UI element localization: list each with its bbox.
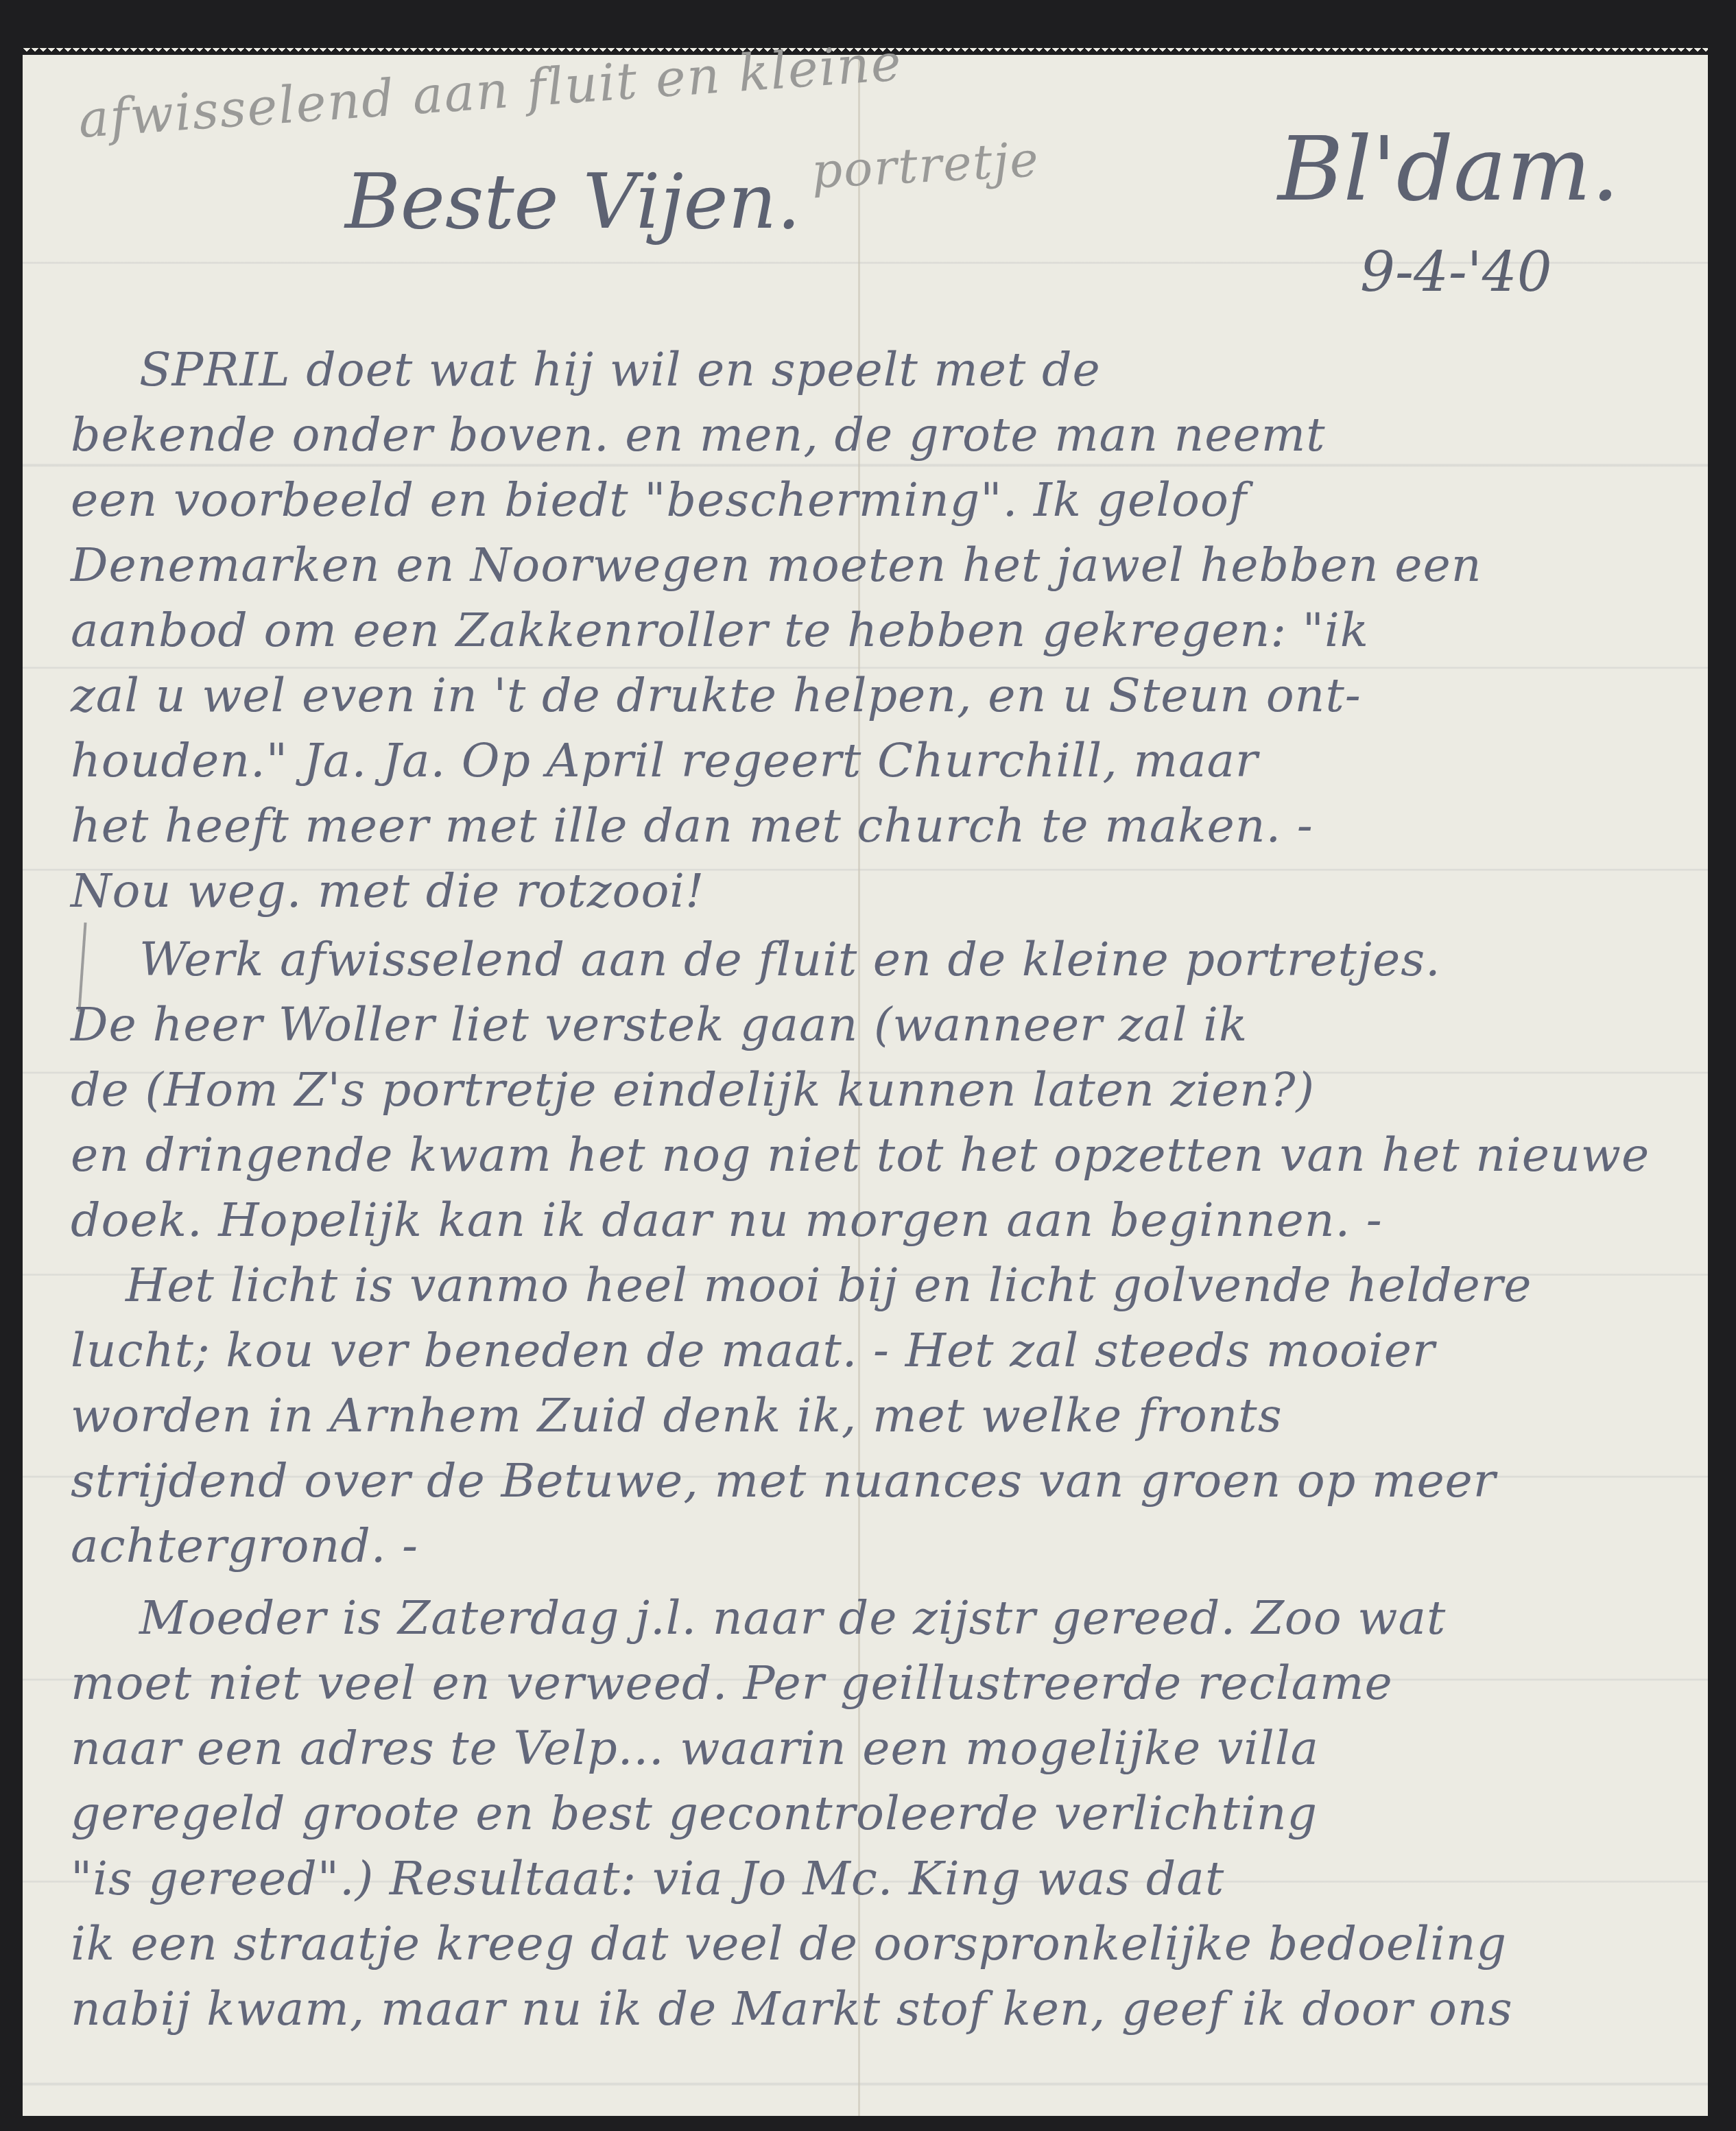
text-line: geregeld groote en best gecontroleerde v…	[71, 1787, 1318, 1841]
salutation: Beste Vijen.	[345, 158, 800, 246]
date: 9-4-'40	[1360, 240, 1552, 304]
text-line: houden." Ja. Ja. Op April regeert Church…	[71, 734, 1259, 788]
place: Bl'dam.	[1278, 117, 1619, 221]
text-line: "is gereed".) Resultaat: via Jo Mc. King…	[71, 1852, 1224, 1906]
text-line: zal u wel even in 't de drukte helpen, e…	[71, 669, 1362, 723]
text-line: aanbod om een Zakkenroller te hebben gek…	[71, 604, 1369, 658]
text-line: Nou weg. met die rotzooi!	[71, 864, 704, 918]
text-line: Het licht is vanmo heel mooi bij en lich…	[126, 1259, 1532, 1313]
pencil-note-line-1: afwisselend aan fluit en kleine	[76, 33, 904, 150]
text-line: de (Hom Z's portretje eindelijk kunnen l…	[71, 1063, 1315, 1117]
text-line: het heeft meer met ille dan met church t…	[71, 799, 1313, 853]
text-line: naar een adres te Velp... waarin een mog…	[71, 1722, 1319, 1776]
text-line: Moeder is Zaterdag j.l. naar de zijstr g…	[139, 1591, 1446, 1645]
text-line: achtergrond. -	[71, 1519, 418, 1573]
text-line: De heer Woller liet verstek gaan (wannee…	[71, 998, 1248, 1052]
text-line: lucht; kou ver beneden de maat. - Het za…	[71, 1324, 1436, 1378]
text-line: nabij kwam, maar nu ik de Markt stof ken…	[71, 1982, 1513, 2036]
text-line: SPRIL doet wat hij wil en speelt met de	[139, 343, 1101, 397]
text-line: Werk afwisselend aan de fluit en de klei…	[139, 933, 1441, 987]
text-line: ik een straatje kreeg dat veel de oorspr…	[71, 1917, 1507, 1971]
text-line: worden in Arnhem Zuid denk ik, met welke…	[71, 1389, 1283, 1443]
pencil-note-line-2: portretje	[810, 131, 1041, 199]
text-line: een voorbeeld en biedt "bescherming". Ik…	[71, 473, 1247, 527]
text-line: en dringende kwam het nog niet tot het o…	[71, 1128, 1650, 1182]
text-line: moet niet veel en verweed. Per geillustr…	[71, 1656, 1393, 1711]
text-line: Denemarken en Noorwegen moeten het jawel…	[71, 538, 1482, 593]
text-line: bekende onder boven. en men, de grote ma…	[71, 408, 1326, 462]
letter-page: afwisselend aan fluit en kleine portretj…	[23, 55, 1708, 2116]
text-line: strijdend over de Betuwe, met nuances va…	[71, 1454, 1496, 1508]
text-line: doek. Hopelijk kan ik daar nu morgen aan…	[71, 1193, 1383, 1248]
